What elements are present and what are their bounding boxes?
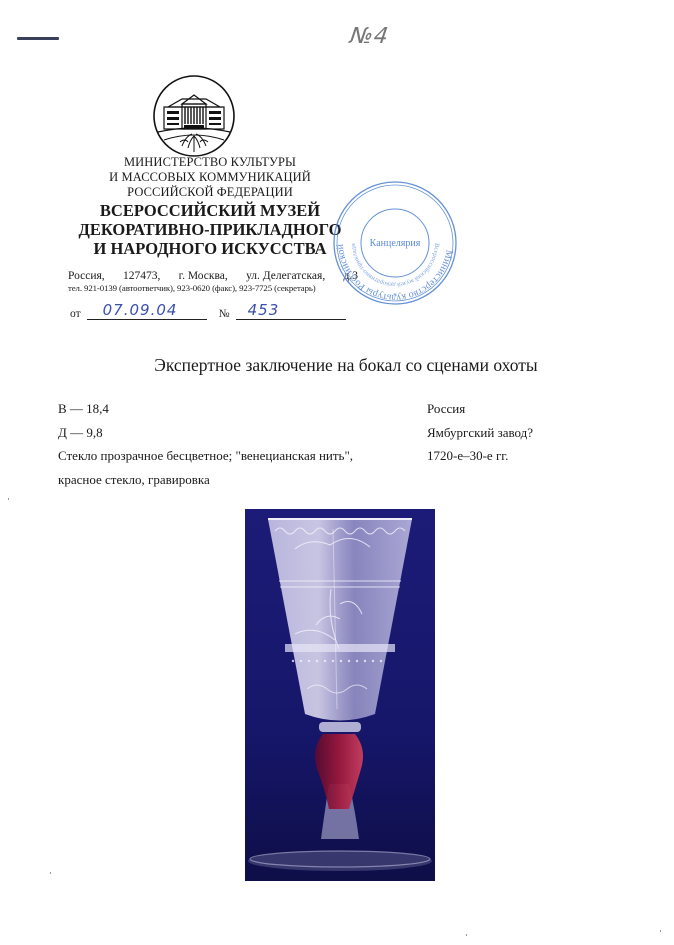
number-label: №: [219, 308, 230, 320]
scan-speck: [50, 872, 51, 874]
letterhead: МИНИСТЕРСТВО КУЛЬТУРЫ И МАССОВЫХ КОММУНИ…: [60, 155, 360, 258]
office-stamp-icon: Министерство культуры Российской Федерац…: [332, 180, 458, 306]
postal-address: Россия, 127473, г. Москва, ул. Делегатск…: [68, 270, 358, 282]
museum-line: И НАРОДНОГО ИСКУССТВА: [60, 239, 360, 258]
spec-height: В — 18,4: [58, 397, 353, 421]
goblet-image-icon: [245, 509, 435, 881]
number-field: 453: [236, 303, 346, 320]
scan-speck: [660, 930, 661, 932]
goblet-photo: [245, 509, 435, 881]
ministry-line: МИНИСТЕРСТВО КУЛЬТУРЫ: [60, 155, 360, 170]
phone-numbers: тел. 921-0139 (автоответчик), 923-0620 (…: [68, 283, 358, 293]
spec-date: 1720-е–30-е гг.: [427, 444, 533, 468]
scan-speck: [466, 934, 467, 936]
date-label: от: [70, 308, 81, 320]
museum-address: Россия, 127473, г. Москва, ул. Делегатск…: [68, 270, 358, 293]
handwritten-number: №4: [348, 24, 390, 49]
address-postcode: 127473,: [123, 270, 160, 282]
date-value: 07.09.04: [103, 301, 178, 319]
spec-manufacturer: Ямбургский завод?: [427, 421, 533, 445]
spec-material: Стекло прозрачное бесцветное; "венецианс…: [58, 444, 353, 468]
museum-logo-icon: [152, 74, 236, 158]
document-title: Экспертное заключение на бокал со сценам…: [0, 355, 674, 376]
spec-diameter: Д — 9,8: [58, 421, 353, 445]
ministry-line: И МАССОВЫХ КОММУНИКАЦИЙ: [60, 170, 360, 185]
address-country: Россия,: [68, 270, 105, 282]
museum-line: ДЕКОРАТИВНО-ПРИКЛАДНОГО: [60, 220, 360, 239]
scan-dash-mark: [17, 37, 59, 40]
address-street: ул. Делегатская,: [246, 270, 325, 282]
spec-country: Россия: [427, 397, 533, 421]
specs-left-column: В — 18,4 Д — 9,8 Стекло прозрачное бесцв…: [58, 397, 353, 491]
address-city: г. Москва,: [179, 270, 228, 282]
svg-text:Канцелярия: Канцелярия: [370, 238, 421, 249]
specs-right-column: Россия Ямбургский завод? 1720-е–30-е гг.: [427, 397, 533, 468]
registration-row: от 07.09.04 № 453: [70, 303, 346, 320]
ministry-line: РОССИЙСКОЙ ФЕДЕРАЦИИ: [60, 185, 360, 200]
scan-speck: [8, 498, 9, 500]
ministry-name: МИНИСТЕРСТВО КУЛЬТУРЫ И МАССОВЫХ КОММУНИ…: [60, 155, 360, 200]
spec-material-cont: красное стекло, гравировка: [58, 468, 353, 492]
number-value: 453: [248, 301, 280, 319]
date-field: 07.09.04: [87, 303, 207, 320]
museum-line: ВСЕРОССИЙСКИЙ МУЗЕЙ: [60, 201, 360, 220]
svg-text:*: *: [393, 292, 397, 300]
museum-name: ВСЕРОССИЙСКИЙ МУЗЕЙ ДЕКОРАТИВНО-ПРИКЛАДН…: [60, 201, 360, 258]
